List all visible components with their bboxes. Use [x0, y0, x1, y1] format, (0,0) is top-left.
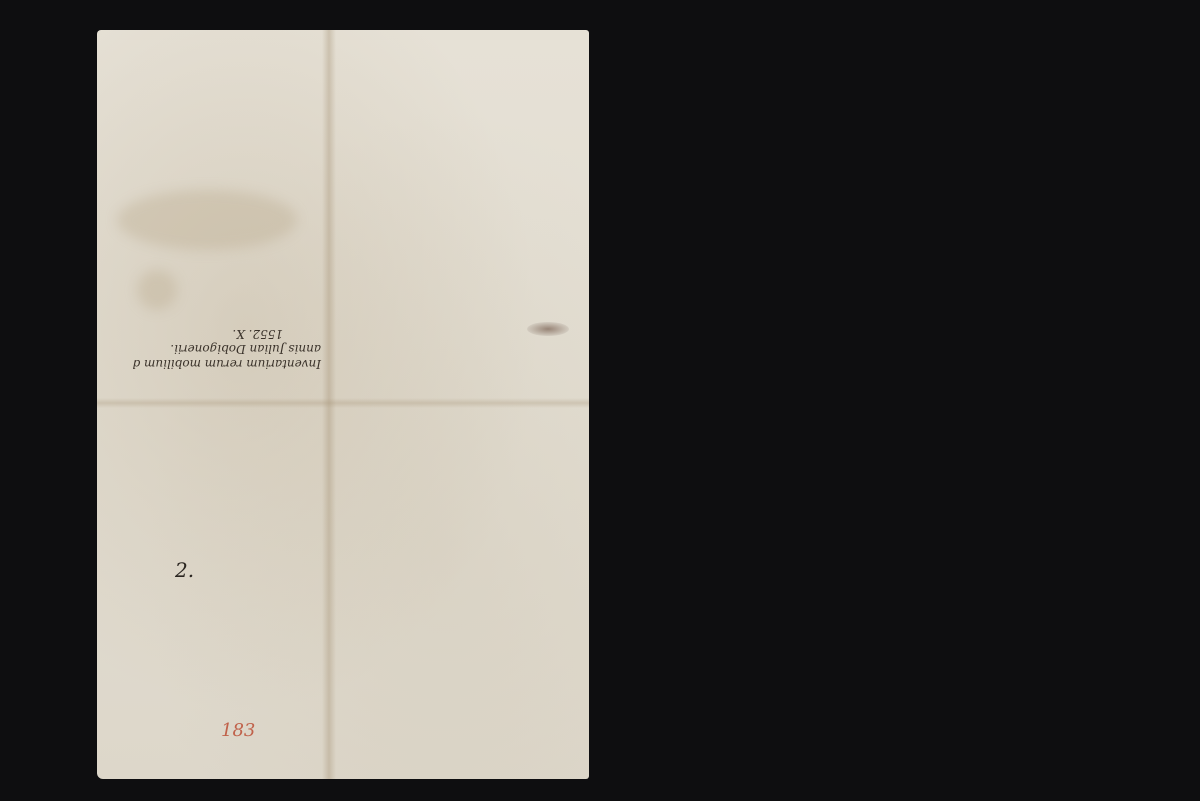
stain — [137, 270, 177, 310]
numeral-mark: 2. — [175, 558, 194, 582]
endorsement-date: 1552. X. — [111, 326, 283, 341]
document-page: Inventarium rerum mobilium d annis Julia… — [97, 30, 589, 779]
pencil-folio-number: 183 — [221, 720, 255, 741]
endorsement-note: Inventarium rerum mobilium d annis Julia… — [111, 326, 321, 371]
stain — [117, 190, 297, 250]
ink-blot — [527, 322, 569, 336]
horizontal-fold — [97, 398, 589, 408]
endorsement-line-1: Inventarium rerum mobilium d — [133, 357, 321, 371]
endorsement-line-2: annis Julian Dobigonerii. — [170, 342, 321, 356]
